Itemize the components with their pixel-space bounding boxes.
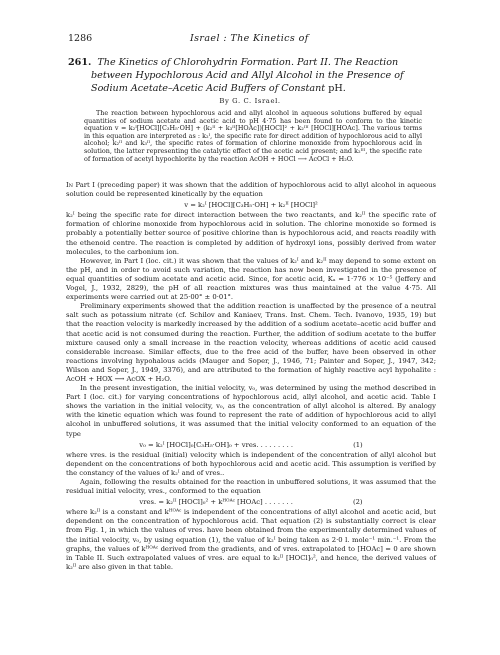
running-title: Israel : The Kinetics of	[190, 33, 309, 44]
equation-1: v₀ = k₂ᴵ [HOCl]₀[C₃H₅·OH]₀ + vres. . . .…	[66, 441, 436, 450]
equation-1-number: (1)	[353, 441, 363, 450]
paragraph-8: where k₂ᴵᴵ is a constant and kᴴᴼᴬᶜ is in…	[66, 508, 436, 572]
abstract: The reaction between hypochlorous acid a…	[84, 110, 422, 163]
byline: By G. C. Israel.	[0, 97, 500, 105]
paragraph-2: k₂ᴵ being the specific rate for direct i…	[66, 211, 436, 256]
article-title: 261.The Kinetics of Chlorohydrin Formati…	[68, 56, 438, 95]
abstract-text: The reaction between hypochlorous acid a…	[84, 110, 422, 163]
equation-0: v = k₂ᴵ [HOCl][C₃H₅·OH] + k₂ᴵᴵ [HOCl]²	[66, 201, 436, 210]
paragraph-6: where vres. is the residual (initial) ve…	[66, 451, 436, 478]
paragraph-3: However, in Part I (loc. cit.) it was sh…	[66, 257, 436, 302]
article-number: 261.	[68, 57, 91, 68]
title-line-1: The Kinetics of Chlorohydrin Formation. …	[97, 57, 398, 68]
running-head: 1286 Israel : The Kinetics of	[68, 33, 438, 47]
paragraph-1: In Part I (preceding paper) it was shown…	[66, 181, 436, 199]
drop-lead: In	[66, 181, 73, 189]
page-number: 1286	[68, 33, 92, 44]
paragraph-7: Again, following the results obtained fo…	[66, 478, 436, 496]
paragraph-4: Preliminary experiments showed that the …	[66, 302, 436, 384]
equation-2-number: (2)	[353, 498, 363, 507]
paragraph-5: In the present investigation, the initia…	[66, 384, 436, 439]
title-line-3: Sodium Acetate–Acetic Acid Buffers of Co…	[91, 83, 325, 94]
journal-page: 1286 Israel : The Kinetics of 261.The Ki…	[0, 0, 500, 655]
title-suffix: pH.	[328, 83, 346, 94]
article-body: In Part I (preceding paper) it was shown…	[66, 181, 436, 572]
title-line-2: between Hypochlorous Acid and Allyl Alco…	[68, 69, 438, 82]
equation-2: vres. = k₂ᴵᴵ [HOCl]₀² + kᴴᴼᴬᶜ [HOAc] . .…	[66, 498, 436, 507]
